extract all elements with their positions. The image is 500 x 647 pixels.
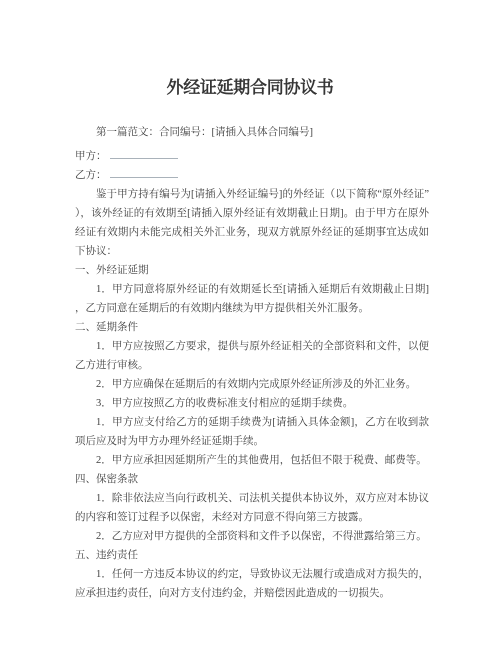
section-4-item-1: 1．除非依法应当向行政机关、司法机关提供本协议外，双方应对本协议的内容和签订过程…	[75, 489, 429, 527]
contract-page: 外经证延期合同协议书 第一篇范文：合同编号：[请插入具体合同编号] 甲方： 乙方…	[0, 0, 500, 647]
section-2-item-2: 2．甲方应确保在延期后的有效期内完成原外经证所涉及的外汇业务。	[75, 375, 429, 394]
section-heading-5: 五、违约责任	[75, 546, 429, 565]
party-a-label: 甲方：	[75, 151, 107, 162]
section-heading-4: 四、保密条款	[75, 470, 429, 489]
section-heading-1: 一、外经证延期	[75, 261, 429, 280]
party-b-row: 乙方：	[75, 166, 429, 185]
fee-section-item-1: 1．甲方应支付给乙方的延期手续费为[请插入具体金额]，乙方在收到款项后应及时为甲…	[75, 413, 429, 451]
section-1-item-1: 1．甲方同意将原外经证的有效期延长至[请插入延期后有效期截止日期]，乙方同意在延…	[75, 280, 429, 318]
section-5-item-1: 1．任何一方违反本协议的约定，导致协议无法履行或造成对方损失的，应承担违约责任，…	[75, 565, 429, 603]
section-2-item-3: 3．甲方应按照乙方的收费标准支付相应的延期手续费。	[75, 394, 429, 413]
party-a-blank-field	[110, 150, 178, 159]
section-4-item-2: 2．乙方应对甲方提供的全部资料和文件予以保密，不得泄露给第三方。	[75, 527, 429, 546]
section-2-item-1: 1．甲方应按照乙方要求，提供与原外经证相关的全部资料和文件，以便乙方进行审核。	[75, 337, 429, 375]
preamble-paragraph: 鉴于甲方持有编号为[请插入外经证编号]的外经证（以下简称“原外经证”），该外经证…	[75, 185, 429, 261]
fee-section-item-2: 2．甲方应承担因延期所产生的其他费用，包括但不限于税费、邮费等。	[75, 451, 429, 470]
section-heading-2: 二、延期条件	[75, 318, 429, 337]
intro-line: 第一篇范文：合同编号：[请插入具体合同编号]	[75, 123, 429, 142]
party-b-label: 乙方：	[75, 170, 107, 181]
party-b-blank-field	[110, 169, 178, 178]
document-title: 外经证延期合同协议书	[71, 76, 429, 99]
party-a-row: 甲方：	[75, 147, 429, 166]
